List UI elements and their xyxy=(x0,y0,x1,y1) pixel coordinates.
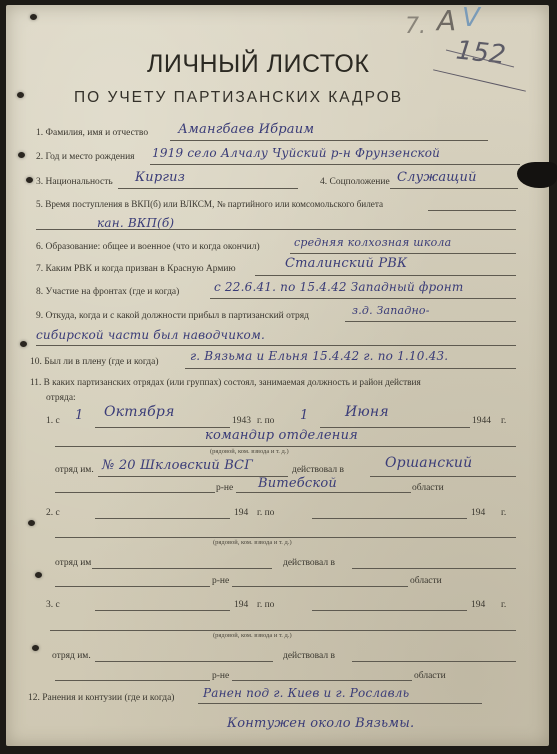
field-10-label: 10. Был ли в плену (где и когда) xyxy=(30,357,159,367)
entry-2-position-hint: (рядовой, ком. взвода и т. д.) xyxy=(213,539,292,546)
entry-3-to-line xyxy=(312,610,467,611)
entry-1-from-day: 1 xyxy=(75,408,83,423)
entry-1-to-label: г. по xyxy=(257,416,274,426)
entry-2-acted-label: действовал в xyxy=(283,558,335,568)
entry-3-from-year: 194 xyxy=(234,600,248,610)
field-11-label: 11. В каких партизанских отрядах (или гр… xyxy=(30,378,421,388)
punch-hole xyxy=(20,341,27,347)
entry-1-from-year: 1943 xyxy=(232,416,251,426)
entry-3-to-year: 194 xyxy=(471,600,485,610)
entry-2-to-line xyxy=(312,518,467,519)
entry-1-rayon-line xyxy=(55,492,215,493)
field-1-label: 1. Фамилия, имя и отчество xyxy=(36,128,148,138)
entry-3-otryad-line xyxy=(95,661,273,662)
entry-3-position-hint: (рядовой, ком. взвода и т. д.) xyxy=(213,632,292,639)
entry-1-num: 1. с xyxy=(46,416,60,426)
entry-1-from-month: Октября xyxy=(104,404,175,420)
field-6-label: 6. Образование: общее и военное (что и к… xyxy=(36,242,260,252)
entry-1-position-line xyxy=(55,446,516,447)
punch-hole xyxy=(32,645,39,651)
entry-1-to-month: Июня xyxy=(345,404,389,420)
entry-2-rayon-line xyxy=(55,586,210,587)
field-9-line-1 xyxy=(345,321,516,322)
field-12-value-line1: Ранен под г. Киев и г. Рославль xyxy=(203,686,409,700)
field-6-line xyxy=(290,253,516,254)
punch-hole xyxy=(26,177,33,183)
entry-1-otryad: № 20 Шкловский ВСГ xyxy=(102,458,253,473)
ink-blot xyxy=(517,162,557,188)
field-2-line xyxy=(150,164,520,165)
entry-1-region-suffix: области xyxy=(412,483,444,493)
entry-1-to-day: 1 xyxy=(300,408,308,423)
entry-3-year-suffix: г. xyxy=(501,600,506,610)
entry-2-from-year: 194 xyxy=(234,508,248,518)
entry-3-otryad-label: отряд им. xyxy=(52,651,91,661)
entry-3-from-line xyxy=(95,610,230,611)
letter-mark: A xyxy=(437,4,456,37)
field-4-line xyxy=(390,188,518,189)
entry-2-region-suffix: области xyxy=(410,576,442,586)
entry-1-to-year: 1944 xyxy=(472,416,491,426)
field-5-value: кан. ВКП(б) xyxy=(97,216,174,230)
entry-1-otryad-label: отряд им. xyxy=(55,465,94,475)
field-4-value: Служащий xyxy=(397,170,477,185)
entry-3-acted-label: действовал в xyxy=(283,651,335,661)
field-3-value: Киргиз xyxy=(135,170,185,185)
field-5-label: 5. Время поступления в ВКП(б) или ВЛКСМ,… xyxy=(36,199,383,209)
check-mark-icon: V xyxy=(462,3,480,33)
page-title: ЛИЧНЫЙ ЛИСТОК xyxy=(147,50,369,79)
field-4-label: 4. Соцположение xyxy=(320,177,390,187)
entry-3-district-suffix: р-не xyxy=(212,671,229,681)
entry-2-from-line xyxy=(95,518,230,519)
field-7-line xyxy=(255,275,516,276)
field-10-value: г. Вязьма и Ельня 15.4.42 г. по 1.10.43. xyxy=(190,349,448,363)
entry-2-to-label: г. по xyxy=(257,508,274,518)
field-12-label: 12. Ранения и контузии (где и когда) xyxy=(28,693,174,703)
entry-3-to-label: г. по xyxy=(257,600,274,610)
entry-1-district: Оршанский xyxy=(385,455,472,471)
field-2-value: 1919 село Алчалу Чуйский р-н Фрунзенской xyxy=(152,146,440,160)
field-7-value: Сталинский РВК xyxy=(285,256,407,271)
entry-3-region-suffix: области xyxy=(414,671,446,681)
entry-2-year-suffix: г. xyxy=(501,508,506,518)
field-9-label: 9. Откуда, когда и с какой должности при… xyxy=(36,311,309,321)
field-5-line-2 xyxy=(36,229,516,230)
field-2-label: 2. Год и место рождения xyxy=(36,152,135,162)
entry-1-district-suffix: р-не xyxy=(216,483,233,493)
entry-1-district-line xyxy=(370,476,516,477)
entry-1-year-suffix: г. xyxy=(501,416,506,426)
pencil-mark: 7. xyxy=(405,14,426,39)
entry-1-region-line xyxy=(236,492,411,493)
punch-hole xyxy=(28,520,35,526)
punch-hole xyxy=(18,152,25,158)
field-1-value: Амангбаев Ибраим xyxy=(178,122,314,137)
punch-hole xyxy=(17,92,24,98)
entry-2-district-suffix: р-не xyxy=(212,576,229,586)
field-12-value-line2: Контужен около Вязьмы. xyxy=(227,716,414,731)
entry-3-district-line xyxy=(352,661,516,662)
field-10-line xyxy=(185,368,516,369)
field-7-label: 7. Каким РВК и когда призван в Красную А… xyxy=(36,264,236,274)
field-5-line-1 xyxy=(428,210,516,211)
entry-1-position-hint: (рядовой, ком. взвода и т. д.) xyxy=(210,448,289,455)
entry-3-rayon-line xyxy=(55,680,210,681)
field-9-value-line1: з.д. Западно- xyxy=(352,304,430,317)
entry-2-otryad-label: отряд им xyxy=(55,558,91,568)
field-9-value-line2: сибирской части был наводчиком. xyxy=(36,328,265,342)
entry-1-acted-label: действовал в xyxy=(292,465,344,475)
field-3-label: 3. Национальность xyxy=(36,177,113,187)
field-8-value: с 22.6.41. по 15.4.42 Западный фронт xyxy=(214,280,463,294)
field-8-line xyxy=(210,298,516,299)
entry-3-num: 3. с xyxy=(46,600,60,610)
field-12-line xyxy=(198,703,482,704)
entry-1-position: командир отделения xyxy=(205,428,358,443)
field-6-value: средняя колхозная школа xyxy=(294,236,451,249)
entry-2-num: 2. с xyxy=(46,508,60,518)
field-9-line-2 xyxy=(36,345,516,346)
entry-2-district-line xyxy=(352,568,516,569)
entry-2-position-line xyxy=(55,537,516,538)
punch-hole xyxy=(35,572,42,578)
punch-hole xyxy=(30,14,37,20)
field-3-line xyxy=(118,188,298,189)
entry-3-region-line xyxy=(232,680,412,681)
entry-3-position-line xyxy=(50,630,516,631)
field-1-line xyxy=(170,140,488,141)
entry-2-to-year: 194 xyxy=(471,508,485,518)
entry-2-otryad-line xyxy=(92,568,272,569)
page-subtitle: ПО УЧЕТУ ПАРТИЗАНСКИХ КАДРОВ xyxy=(74,89,403,107)
entry-1-region: Витебской xyxy=(258,476,337,491)
entry-2-region-line xyxy=(232,586,408,587)
field-8-label: 8. Участие на фронтах (где и когда) xyxy=(36,287,179,297)
field-11-label-cont: отряда: xyxy=(46,393,76,403)
